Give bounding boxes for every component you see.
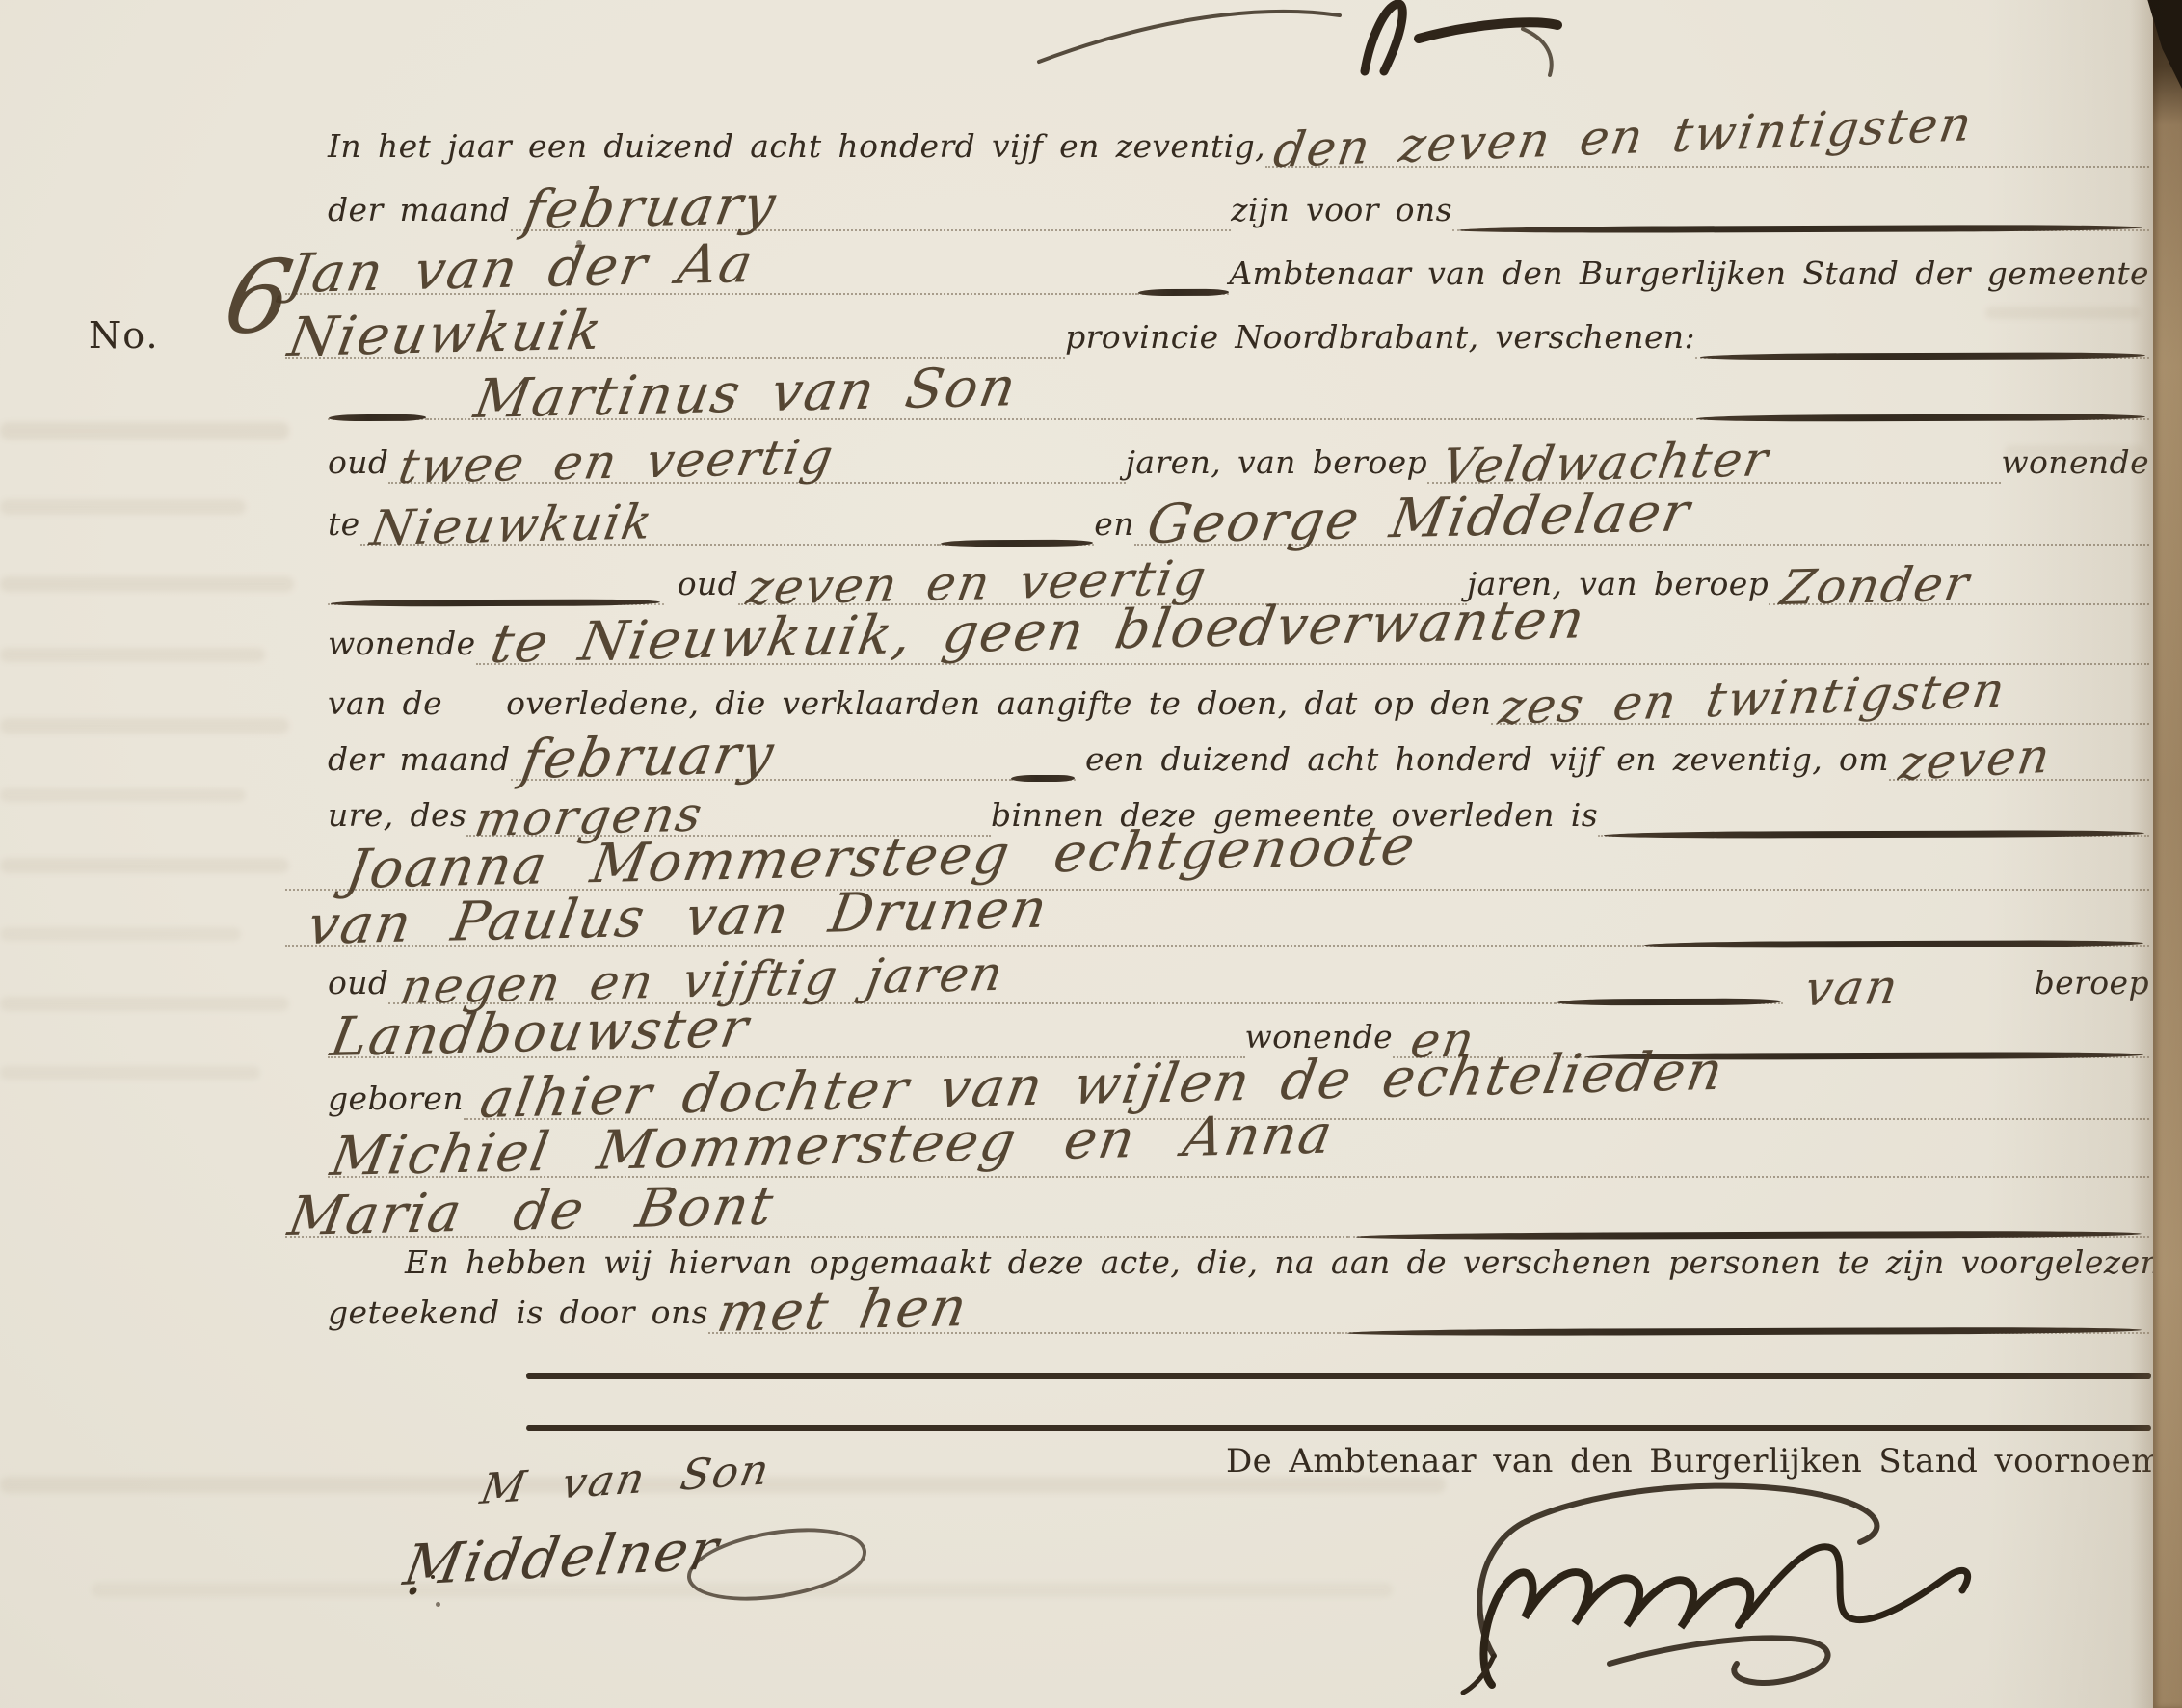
form-line-death-month: der maand february een duizend acht hond…: [328, 725, 2149, 781]
form-line-parents-1: Michiel Mommersteeg en Anna: [328, 1122, 2149, 1178]
signature-declarant2: Middelner: [401, 1527, 723, 1588]
hw-official-name: Jan van der Aa: [285, 243, 758, 297]
bleedthrough-ghost: [0, 1066, 260, 1080]
form-line-registration-year: In het jaar een duizend acht honderd vij…: [328, 112, 2149, 168]
printed-zijn-voor-ons: zijn voor ons: [1231, 191, 1452, 228]
printed-provincie: provincie Noordbrabant, verschenen:: [1065, 318, 1695, 356]
ink-fill-line: [1452, 173, 2149, 231]
form-line-registration-month: der maand february zijn voor ons: [328, 175, 2149, 231]
printed-ambtenaar-gemeente: Ambtenaar van den Burgerlijken Stand der…: [1229, 254, 2149, 292]
ink-fill-line: [1598, 779, 2149, 837]
printed-en: en: [1094, 505, 1134, 543]
printed-oud: oud: [678, 565, 738, 602]
ink-fill-line: [328, 362, 427, 420]
form-line-deceased-age: oud negen en vijftig jaren van beroep: [328, 948, 2149, 1004]
ink-fill-line: [1137, 237, 1230, 295]
form-line-municipality: Nieuwkuik provincie Noordbrabant, versch…: [285, 303, 2149, 359]
signature-declarant1: M van Son: [478, 1453, 773, 1507]
bleedthrough-ghost: [0, 718, 289, 734]
printed-te: te: [328, 505, 360, 543]
ink-fill-line: [1339, 1276, 2149, 1334]
bleedthrough-ghost: [0, 576, 294, 592]
bleedthrough-ghost: [0, 422, 289, 440]
bleedthrough-ghost: [0, 927, 241, 941]
printed-ure-des: ure, des: [328, 796, 466, 834]
printed-oud: oud: [328, 964, 388, 1001]
hw-declarant1-occupation: Veldwachter: [1439, 440, 1772, 486]
printed-der-maand: der maand: [328, 191, 511, 228]
ink-fill-line: [328, 547, 664, 605]
printed-oud: oud: [328, 443, 388, 481]
ink-fill-line: [939, 488, 1094, 546]
hw-signed-with: met hen: [714, 1287, 971, 1336]
printed-geteekend: geteekend is door ons: [328, 1294, 708, 1331]
ink-fill-line: [1695, 301, 2149, 359]
form-line-parents-2: Maria de Bont: [285, 1182, 2149, 1238]
printed-geboren: geboren: [328, 1080, 464, 1117]
hw-deceased-occupation: Landbouwster: [328, 1007, 753, 1060]
hw-declarant1-residence: Nieuwkuik: [368, 502, 656, 547]
signature-declarant2-wrap: Middelner: [401, 1531, 867, 1598]
printed-year-phrase: In het jaar een duizend acht honderd vij…: [328, 127, 1265, 165]
printed-overledene-zin: overledene, die verklaarden aangifte te …: [506, 684, 1491, 722]
hw-declarant1-age: twee en veertig: [396, 438, 838, 486]
hw-declarant2-residence: te Nieuwkuik, geen bloedverwanten: [488, 600, 1588, 667]
page-edge: [2153, 0, 2182, 1708]
record-number-label: No.: [89, 314, 160, 357]
ink-fill-line: [1691, 362, 2149, 420]
hw-declarant2-name: George Middelaer: [1144, 492, 1693, 547]
bleedthrough-ghost: [0, 499, 246, 515]
form-line-declarant2-residence: wonende te Nieuwkuik, geen bloedverwante…: [328, 609, 2149, 665]
ink-flourish-top: [1022, 0, 1561, 77]
form-line-closing-2: geteekend is door ons met hen: [328, 1278, 2149, 1334]
ink-fill-line: [1348, 1180, 2149, 1238]
death-certificate-page: No. 6 In het jaar een duizend acht honde…: [0, 0, 2182, 1708]
hw-death-day: zes en twintigsten: [1497, 671, 2009, 727]
form-line-deceased-name: Joanna Mommersteeg echtgenoote: [285, 835, 2149, 891]
bleedthrough-ghost: [0, 997, 289, 1011]
hw-parents-line2: Maria de Bont: [285, 1186, 778, 1240]
hw-parents-line1: Michiel Mommersteeg en Anna: [328, 1114, 1337, 1180]
form-line-declaration: van de overledene, die verklaarden aangi…: [328, 669, 2149, 725]
ink-speck: [436, 1602, 440, 1607]
ink-fill-line: [1639, 889, 2149, 947]
printed-jaren-beroep: jaren, van beroep: [1126, 443, 1427, 481]
ink-fill-line: [1556, 947, 1783, 1004]
printed-duizend-om: een duizend acht honderd vijf en zeventi…: [1085, 740, 1889, 778]
hw-declarant2-occupation: Zonder: [1778, 565, 1973, 607]
form-line-deceased-spouse: van Paulus van Drunen: [285, 891, 2149, 947]
printed-wonende: wonende: [328, 625, 476, 662]
form-line-official-name: Jan van der Aa Ambtenaar van den Burgerl…: [285, 239, 2149, 295]
bleedthrough-ghost: [0, 858, 289, 873]
form-line-declarant1-residence: te Nieuwkuik en George Middelaer: [328, 490, 2149, 546]
hw-municipality: Nieuwkuik: [285, 310, 606, 360]
form-line-declarant1-name: Martinus van Son: [328, 364, 2149, 420]
bleedthrough-ghost: [0, 648, 265, 662]
hw-registration-day: den zeven en twintigsten: [1271, 104, 1976, 170]
page-edge-shadow: [2130, 0, 2155, 1708]
form-line-deceased-occupation: Landbouwster wonende en: [328, 1002, 2149, 1058]
ink-rule-lower: [526, 1425, 2151, 1431]
official-signature-flourish: [1378, 1473, 2053, 1695]
ink-fill-line: [1011, 723, 1076, 781]
printed-van-de: van de: [328, 684, 442, 722]
bleedthrough-ghost: [0, 788, 246, 802]
hw-month-1: february: [520, 184, 780, 233]
hw-death-hour: zeven: [1897, 736, 2054, 783]
printed-der-maand: der maand: [328, 740, 511, 778]
hw-deceased-spouse: van Paulus van Drunen: [305, 889, 1051, 948]
printed-wonende: wonende: [2001, 443, 2149, 481]
hw-declarant1-name: Martinus van Son: [471, 367, 1021, 422]
ink-rule-upper: [526, 1373, 2151, 1379]
hw-month-2: february: [519, 734, 778, 783]
form-line-declarant1-age: oud twee en veertig jaren, van beroep Ve…: [328, 428, 2149, 484]
